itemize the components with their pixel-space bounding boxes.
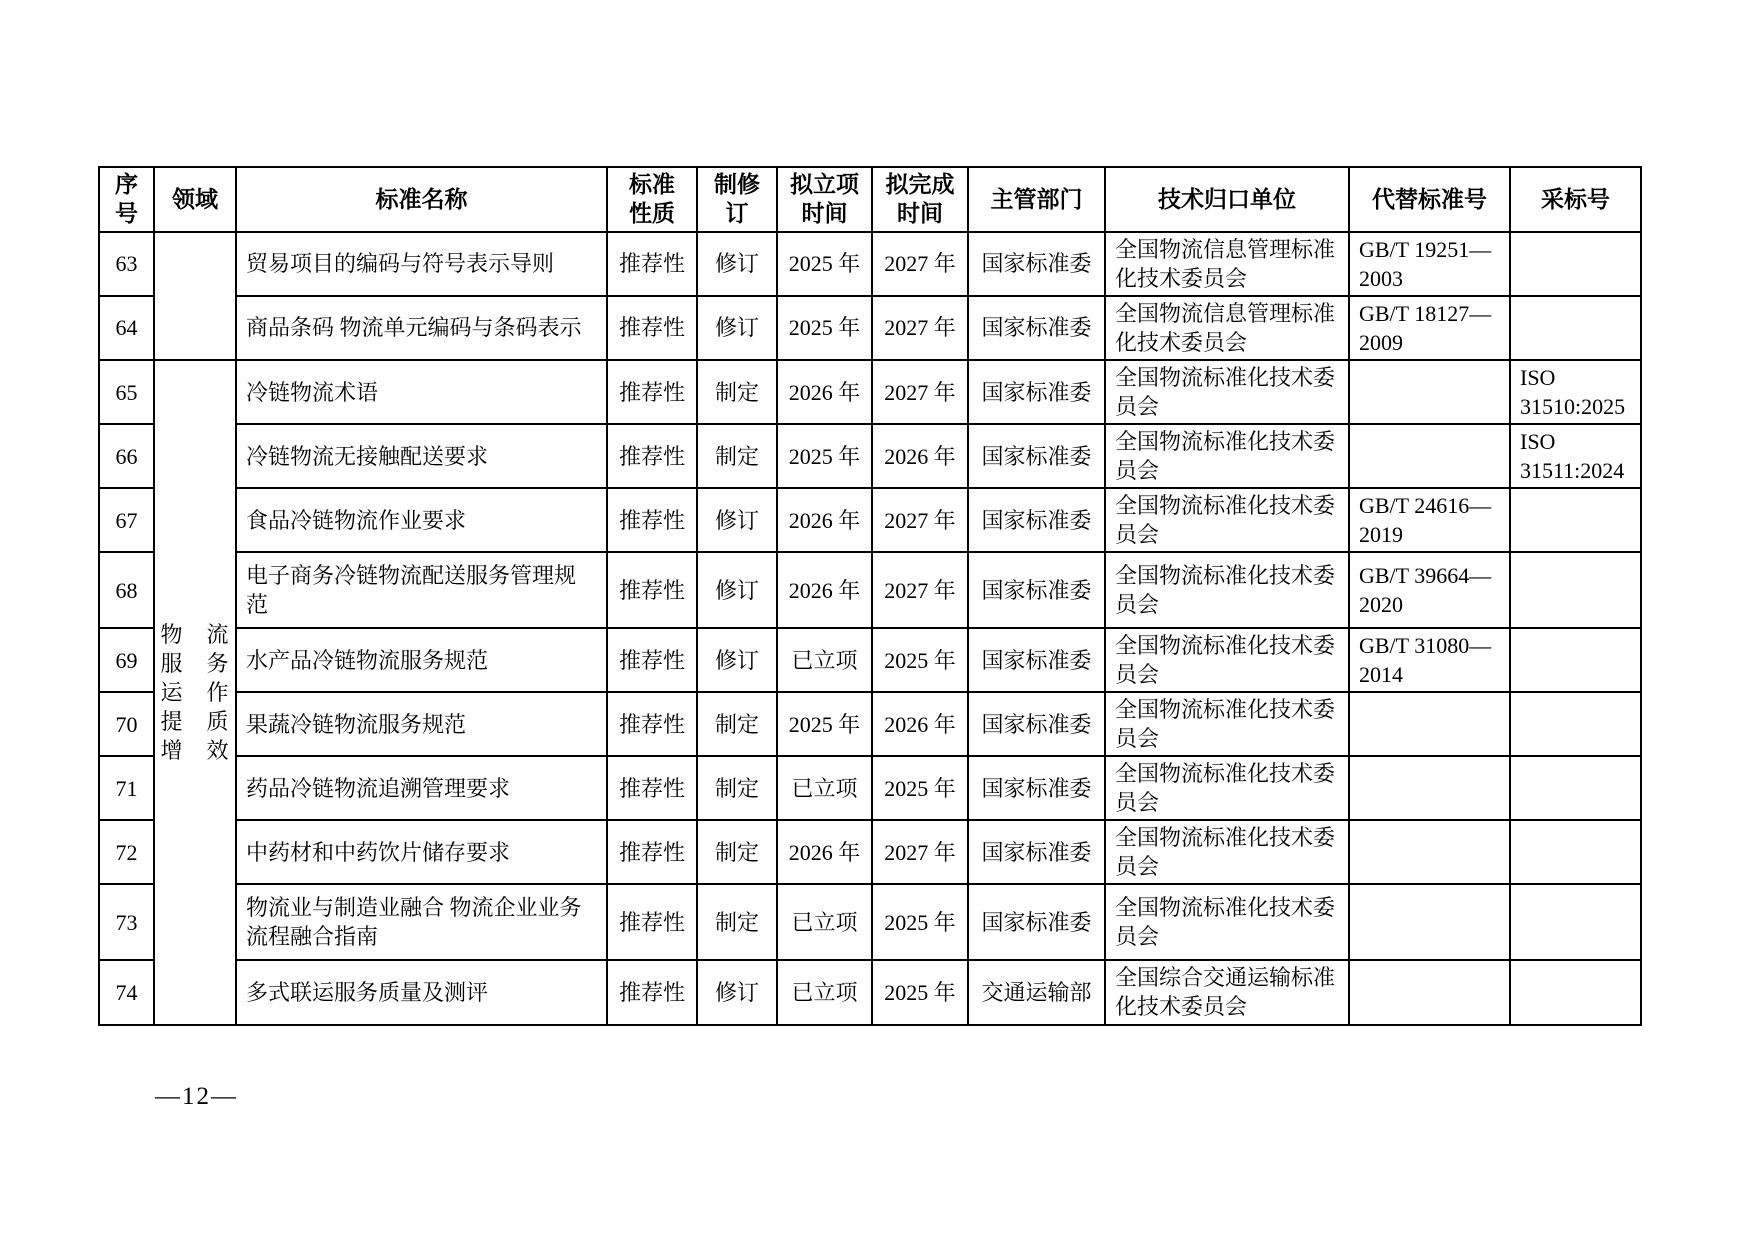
- cell-finish-time: 2027 年: [872, 232, 968, 296]
- cell-revision: 修订: [697, 232, 777, 296]
- cell-standard-name: 水产品冷链物流服务规范: [236, 628, 607, 692]
- table-row: 68 电子商务冷链物流配送服务管理规 范 推荐性 修订 2026 年 2027 …: [99, 552, 1641, 628]
- cell-seq: 63: [99, 232, 154, 296]
- cell-replaced-standard: [1349, 360, 1510, 424]
- cell-replaced-standard: [1349, 756, 1510, 820]
- cell-revision: 修订: [697, 488, 777, 552]
- cell-adopted-standard: [1510, 628, 1641, 692]
- cell-revision: 制定: [697, 756, 777, 820]
- cell-project-time: 已立项: [777, 884, 872, 960]
- cell-finish-time: 2025 年: [872, 756, 968, 820]
- cell-seq: 71: [99, 756, 154, 820]
- cell-revision: 制定: [697, 424, 777, 488]
- cell-seq: 65: [99, 360, 154, 424]
- cell-revision: 制定: [697, 360, 777, 424]
- cell-revision: 制定: [697, 884, 777, 960]
- cell-field-group: [154, 232, 236, 360]
- cell-tech-unit: 全国物流信息管理标准 化技术委员会: [1105, 296, 1349, 360]
- header-finish-time: 拟完成 时间: [872, 167, 968, 232]
- header-department: 主管部门: [968, 167, 1105, 232]
- cell-project-time: 2025 年: [777, 232, 872, 296]
- cell-finish-time: 2026 年: [872, 424, 968, 488]
- header-nature: 标准 性质: [607, 167, 697, 232]
- cell-project-time: 2026 年: [777, 552, 872, 628]
- cell-department: 国家标准委: [968, 820, 1105, 884]
- cell-tech-unit: 全国物流标准化技术委 员会: [1105, 884, 1349, 960]
- table-row: 72 中药材和中药饮片储存要求 推荐性 制定 2026 年 2027 年 国家标…: [99, 820, 1641, 884]
- cell-finish-time: 2027 年: [872, 360, 968, 424]
- cell-project-time: 2026 年: [777, 360, 872, 424]
- cell-standard-name: 食品冷链物流作业要求: [236, 488, 607, 552]
- table-row: 67 食品冷链物流作业要求 推荐性 修订 2026 年 2027 年 国家标准委…: [99, 488, 1641, 552]
- cell-department: 国家标准委: [968, 552, 1105, 628]
- cell-replaced-standard: GB/T 31080— 2014: [1349, 628, 1510, 692]
- standards-plan-table: 序 号 领域 标准名称 标准 性质 制修 订 拟立项 时间 拟完成 时间 主管部…: [98, 166, 1642, 1026]
- cell-nature: 推荐性: [607, 756, 697, 820]
- cell-department: 国家标准委: [968, 232, 1105, 296]
- cell-standard-name: 冷链物流无接触配送要求: [236, 424, 607, 488]
- page-number: —12—: [155, 1083, 238, 1111]
- cell-department: 国家标准委: [968, 424, 1105, 488]
- cell-adopted-standard: [1510, 960, 1641, 1024]
- cell-standard-name: 商品条码 物流单元编码与条码表示: [236, 296, 607, 360]
- cell-seq: 68: [99, 552, 154, 628]
- cell-adopted-standard: [1510, 884, 1641, 960]
- cell-nature: 推荐性: [607, 360, 697, 424]
- cell-finish-time: 2025 年: [872, 628, 968, 692]
- cell-seq: 66: [99, 424, 154, 488]
- cell-replaced-standard: [1349, 960, 1510, 1024]
- cell-tech-unit: 全国物流标准化技术委 员会: [1105, 488, 1349, 552]
- cell-nature: 推荐性: [607, 424, 697, 488]
- table-row: 74 多式联运服务质量及测评 推荐性 修订 已立项 2025 年 交通运输部 全…: [99, 960, 1641, 1024]
- header-project-time: 拟立项 时间: [777, 167, 872, 232]
- cell-nature: 推荐性: [607, 232, 697, 296]
- cell-finish-time: 2027 年: [872, 296, 968, 360]
- cell-seq: 69: [99, 628, 154, 692]
- cell-seq: 64: [99, 296, 154, 360]
- cell-adopted-standard: [1510, 820, 1641, 884]
- cell-finish-time: 2025 年: [872, 884, 968, 960]
- cell-department: 国家标准委: [968, 692, 1105, 756]
- cell-finish-time: 2027 年: [872, 820, 968, 884]
- cell-replaced-standard: GB/T 19251— 2003: [1349, 232, 1510, 296]
- cell-nature: 推荐性: [607, 296, 697, 360]
- cell-tech-unit: 全国物流标准化技术委 员会: [1105, 820, 1349, 884]
- cell-standard-name: 多式联运服务质量及测评: [236, 960, 607, 1024]
- cell-replaced-standard: [1349, 884, 1510, 960]
- cell-tech-unit: 全国物流标准化技术委 员会: [1105, 692, 1349, 756]
- cell-tech-unit: 全国物流标准化技术委 员会: [1105, 552, 1349, 628]
- header-field: 领域: [154, 167, 236, 232]
- cell-department: 交通运输部: [968, 960, 1105, 1024]
- table-row: 63 贸易项目的编码与符号表示导则 推荐性 修订 2025 年 2027 年 国…: [99, 232, 1641, 296]
- cell-standard-name: 物流业与制造业融合 物流企业业务 流程融合指南: [236, 884, 607, 960]
- cell-adopted-standard: ISO 31510:2025: [1510, 360, 1641, 424]
- cell-nature: 推荐性: [607, 488, 697, 552]
- cell-project-time: 2025 年: [777, 692, 872, 756]
- cell-revision: 制定: [697, 820, 777, 884]
- cell-project-time: 已立项: [777, 628, 872, 692]
- cell-project-time: 2026 年: [777, 820, 872, 884]
- header-row: 序 号 领域 标准名称 标准 性质 制修 订 拟立项 时间 拟完成 时间 主管部…: [99, 167, 1641, 232]
- cell-nature: 推荐性: [607, 552, 697, 628]
- cell-nature: 推荐性: [607, 884, 697, 960]
- cell-replaced-standard: GB/T 39664— 2020: [1349, 552, 1510, 628]
- cell-seq: 67: [99, 488, 154, 552]
- header-seq: 序 号: [99, 167, 154, 232]
- cell-project-time: 2026 年: [777, 488, 872, 552]
- cell-revision: 修订: [697, 960, 777, 1024]
- cell-adopted-standard: [1510, 756, 1641, 820]
- cell-tech-unit: 全国综合交通运输标准 化技术委员会: [1105, 960, 1349, 1024]
- table-row: 64 商品条码 物流单元编码与条码表示 推荐性 修订 2025 年 2027 年…: [99, 296, 1641, 360]
- cell-adopted-standard: ISO 31511:2024: [1510, 424, 1641, 488]
- cell-nature: 推荐性: [607, 692, 697, 756]
- cell-standard-name: 贸易项目的编码与符号表示导则: [236, 232, 607, 296]
- cell-nature: 推荐性: [607, 960, 697, 1024]
- cell-nature: 推荐性: [607, 628, 697, 692]
- table-row: 70 果蔬冷链物流服务规范 推荐性 制定 2025 年 2026 年 国家标准委…: [99, 692, 1641, 756]
- cell-nature: 推荐性: [607, 820, 697, 884]
- cell-project-time: 2025 年: [777, 296, 872, 360]
- cell-tech-unit: 全国物流标准化技术委 员会: [1105, 756, 1349, 820]
- cell-revision: 制定: [697, 692, 777, 756]
- cell-finish-time: 2025 年: [872, 960, 968, 1024]
- cell-finish-time: 2026 年: [872, 692, 968, 756]
- cell-tech-unit: 全国物流信息管理标准 化技术委员会: [1105, 232, 1349, 296]
- table-row: 65 物 流 服 务 运 作 提 质 增 效 冷链物流术语 推荐性 制定 202…: [99, 360, 1641, 424]
- cell-tech-unit: 全国物流标准化技术委 员会: [1105, 628, 1349, 692]
- header-revision: 制修 订: [697, 167, 777, 232]
- cell-seq: 72: [99, 820, 154, 884]
- table-row: 71 药品冷链物流追溯管理要求 推荐性 制定 已立项 2025 年 国家标准委 …: [99, 756, 1641, 820]
- cell-standard-name: 果蔬冷链物流服务规范: [236, 692, 607, 756]
- document-page: 序 号 领域 标准名称 标准 性质 制修 订 拟立项 时间 拟完成 时间 主管部…: [0, 0, 1754, 1241]
- cell-project-time: 已立项: [777, 960, 872, 1024]
- cell-department: 国家标准委: [968, 360, 1105, 424]
- cell-department: 国家标准委: [968, 296, 1105, 360]
- header-tech-unit: 技术归口单位: [1105, 167, 1349, 232]
- cell-seq: 73: [99, 884, 154, 960]
- cell-revision: 修订: [697, 552, 777, 628]
- cell-replaced-standard: [1349, 820, 1510, 884]
- cell-seq: 74: [99, 960, 154, 1024]
- cell-standard-name: 药品冷链物流追溯管理要求: [236, 756, 607, 820]
- cell-replaced-standard: GB/T 24616— 2019: [1349, 488, 1510, 552]
- cell-seq: 70: [99, 692, 154, 756]
- table-row: 69 水产品冷链物流服务规范 推荐性 修订 已立项 2025 年 国家标准委 全…: [99, 628, 1641, 692]
- cell-department: 国家标准委: [968, 628, 1105, 692]
- cell-adopted-standard: [1510, 692, 1641, 756]
- cell-adopted-standard: [1510, 232, 1641, 296]
- cell-revision: 修订: [697, 296, 777, 360]
- cell-replaced-standard: GB/T 18127— 2009: [1349, 296, 1510, 360]
- cell-adopted-standard: [1510, 552, 1641, 628]
- table-row: 73 物流业与制造业融合 物流企业业务 流程融合指南 推荐性 制定 已立项 20…: [99, 884, 1641, 960]
- cell-finish-time: 2027 年: [872, 552, 968, 628]
- cell-department: 国家标准委: [968, 884, 1105, 960]
- cell-standard-name: 中药材和中药饮片储存要求: [236, 820, 607, 884]
- cell-adopted-standard: [1510, 488, 1641, 552]
- cell-department: 国家标准委: [968, 488, 1105, 552]
- cell-project-time: 已立项: [777, 756, 872, 820]
- cell-standard-name: 冷链物流术语: [236, 360, 607, 424]
- cell-tech-unit: 全国物流标准化技术委 员会: [1105, 424, 1349, 488]
- cell-adopted-standard: [1510, 296, 1641, 360]
- cell-project-time: 2025 年: [777, 424, 872, 488]
- header-replaced-standard: 代替标准号: [1349, 167, 1510, 232]
- cell-replaced-standard: [1349, 424, 1510, 488]
- cell-finish-time: 2027 年: [872, 488, 968, 552]
- cell-tech-unit: 全国物流标准化技术委 员会: [1105, 360, 1349, 424]
- header-adopted-standard: 采标号: [1510, 167, 1641, 232]
- cell-standard-name: 电子商务冷链物流配送服务管理规 范: [236, 552, 607, 628]
- cell-replaced-standard: [1349, 692, 1510, 756]
- cell-field-group: 物 流 服 务 运 作 提 质 增 效: [154, 360, 236, 1025]
- table-row: 66 冷链物流无接触配送要求 推荐性 制定 2025 年 2026 年 国家标准…: [99, 424, 1641, 488]
- cell-revision: 修订: [697, 628, 777, 692]
- header-standard-name: 标准名称: [236, 167, 607, 232]
- cell-department: 国家标准委: [968, 756, 1105, 820]
